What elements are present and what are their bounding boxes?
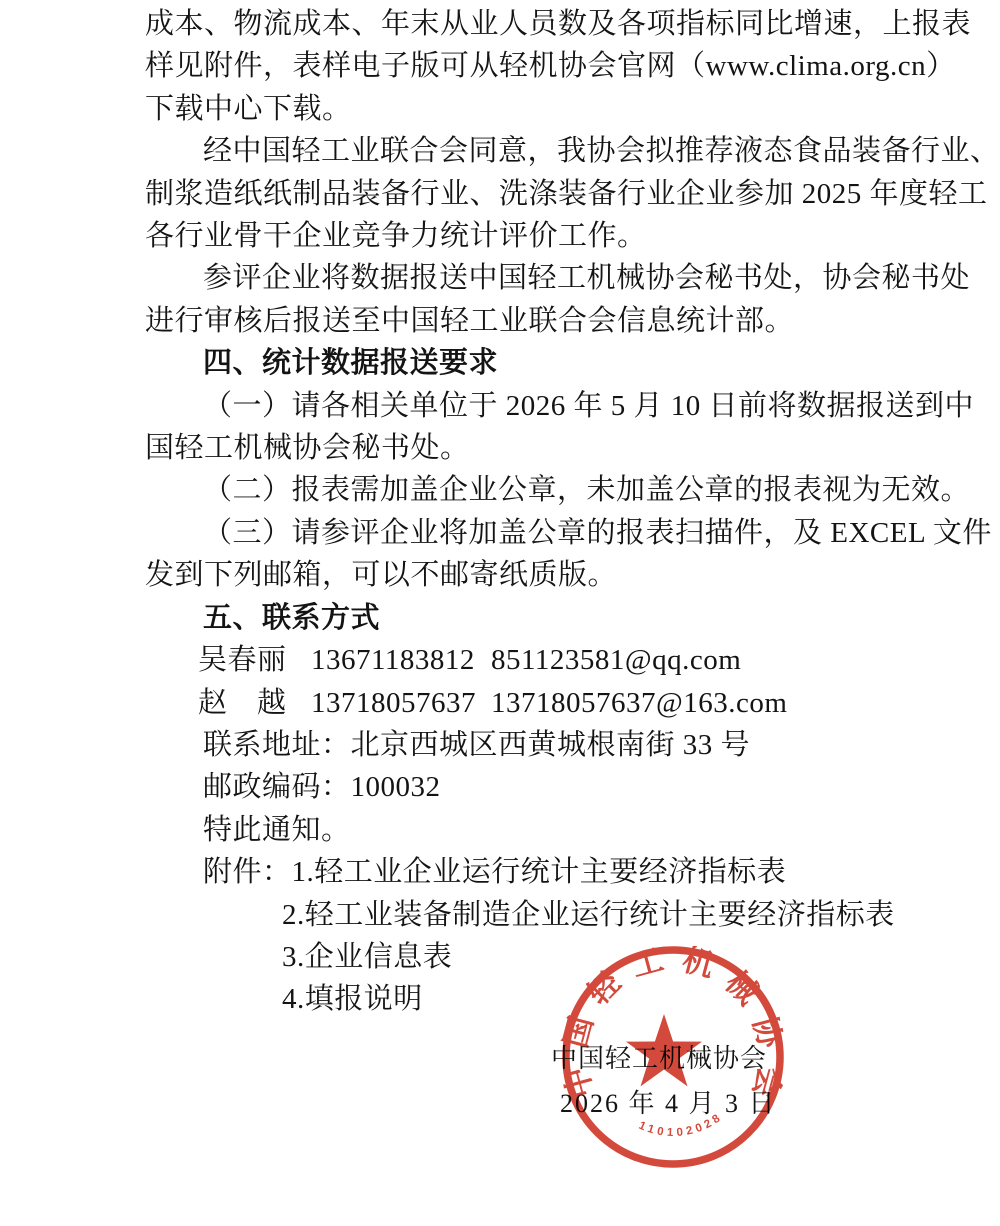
contact-row: 吴春丽 13671183812 851123581@qq.com xyxy=(145,639,965,681)
postal-code-line: 邮政编码：100032 xyxy=(145,766,965,808)
body-line: 下载中心下载。 xyxy=(145,88,965,130)
attachment-item: 4.填报说明 xyxy=(145,978,965,1020)
official-seal: 中国轻工机械协会 1101020289604 xyxy=(558,946,788,1176)
contact-row: 赵 越 13718057637 13718057637@163.com xyxy=(145,682,965,724)
contact-address-line: 联系地址：北京西城区西黄城根南街 33 号 xyxy=(145,724,965,766)
body-line: 样见附件，表样电子版可从轻机协会官网（www.clima.org.cn） xyxy=(145,45,965,87)
contact-email: 13718057637@163.com xyxy=(491,682,787,724)
contact-name: 赵 越 xyxy=(198,682,311,724)
attachment-item: 附件：1.轻工业企业运行统计主要经济指标表 xyxy=(145,851,965,893)
body-line: 国轻工机械协会秘书处。 xyxy=(145,427,965,469)
document-page: 成本、物流成本、年末从业人员数及各项指标同比增速，上报表 样见附件，表样电子版可… xyxy=(0,0,1000,1226)
body-line: （三）请参评企业将加盖公章的报表扫描件，及 EXCEL 文件 xyxy=(145,512,965,554)
document-body: 成本、物流成本、年末从业人员数及各项指标同比增速，上报表 样见附件，表样电子版可… xyxy=(145,3,965,1021)
body-line: （二）报表需加盖企业公章，未加盖公章的报表视为无效。 xyxy=(145,469,965,511)
body-line: 各行业骨干企业竞争力统计评价工作。 xyxy=(145,215,965,257)
seal-star-icon xyxy=(626,1014,702,1086)
contact-email: 851123581@qq.com xyxy=(491,639,741,681)
body-line: （一）请各相关单位于 2026 年 5 月 10 日前将数据报送到中 xyxy=(145,385,965,427)
seal-rim-text: 中国轻工机械协会 xyxy=(558,946,788,1102)
contact-name: 吴春丽 xyxy=(198,639,311,681)
body-line: 成本、物流成本、年末从业人员数及各项指标同比增速，上报表 xyxy=(145,3,965,45)
contact-phone: 13671183812 xyxy=(311,639,491,681)
body-line: 经中国轻工业联合会同意，我协会拟推荐液态食品装备行业、 xyxy=(145,130,965,172)
attachment-item: 2.轻工业装备制造企业运行统计主要经济指标表 xyxy=(145,894,965,936)
notice-closing-line: 特此通知。 xyxy=(145,809,965,851)
body-line: 制浆造纸纸制品装备行业、洗涤装备行业企业参加 2025 年度轻工 xyxy=(145,173,965,215)
section-heading-4: 四、统计数据报送要求 xyxy=(145,342,965,384)
body-line: 参评企业将数据报送中国轻工机械协会秘书处，协会秘书处 xyxy=(145,257,965,299)
attachment-item: 3.企业信息表 xyxy=(145,936,965,978)
contact-phone: 13718057637 xyxy=(311,682,491,724)
section-heading-5: 五、联系方式 xyxy=(145,597,965,639)
body-line: 发到下列邮箱，可以不邮寄纸质版。 xyxy=(145,554,965,596)
body-line: 进行审核后报送至中国轻工业联合会信息统计部。 xyxy=(145,300,965,342)
